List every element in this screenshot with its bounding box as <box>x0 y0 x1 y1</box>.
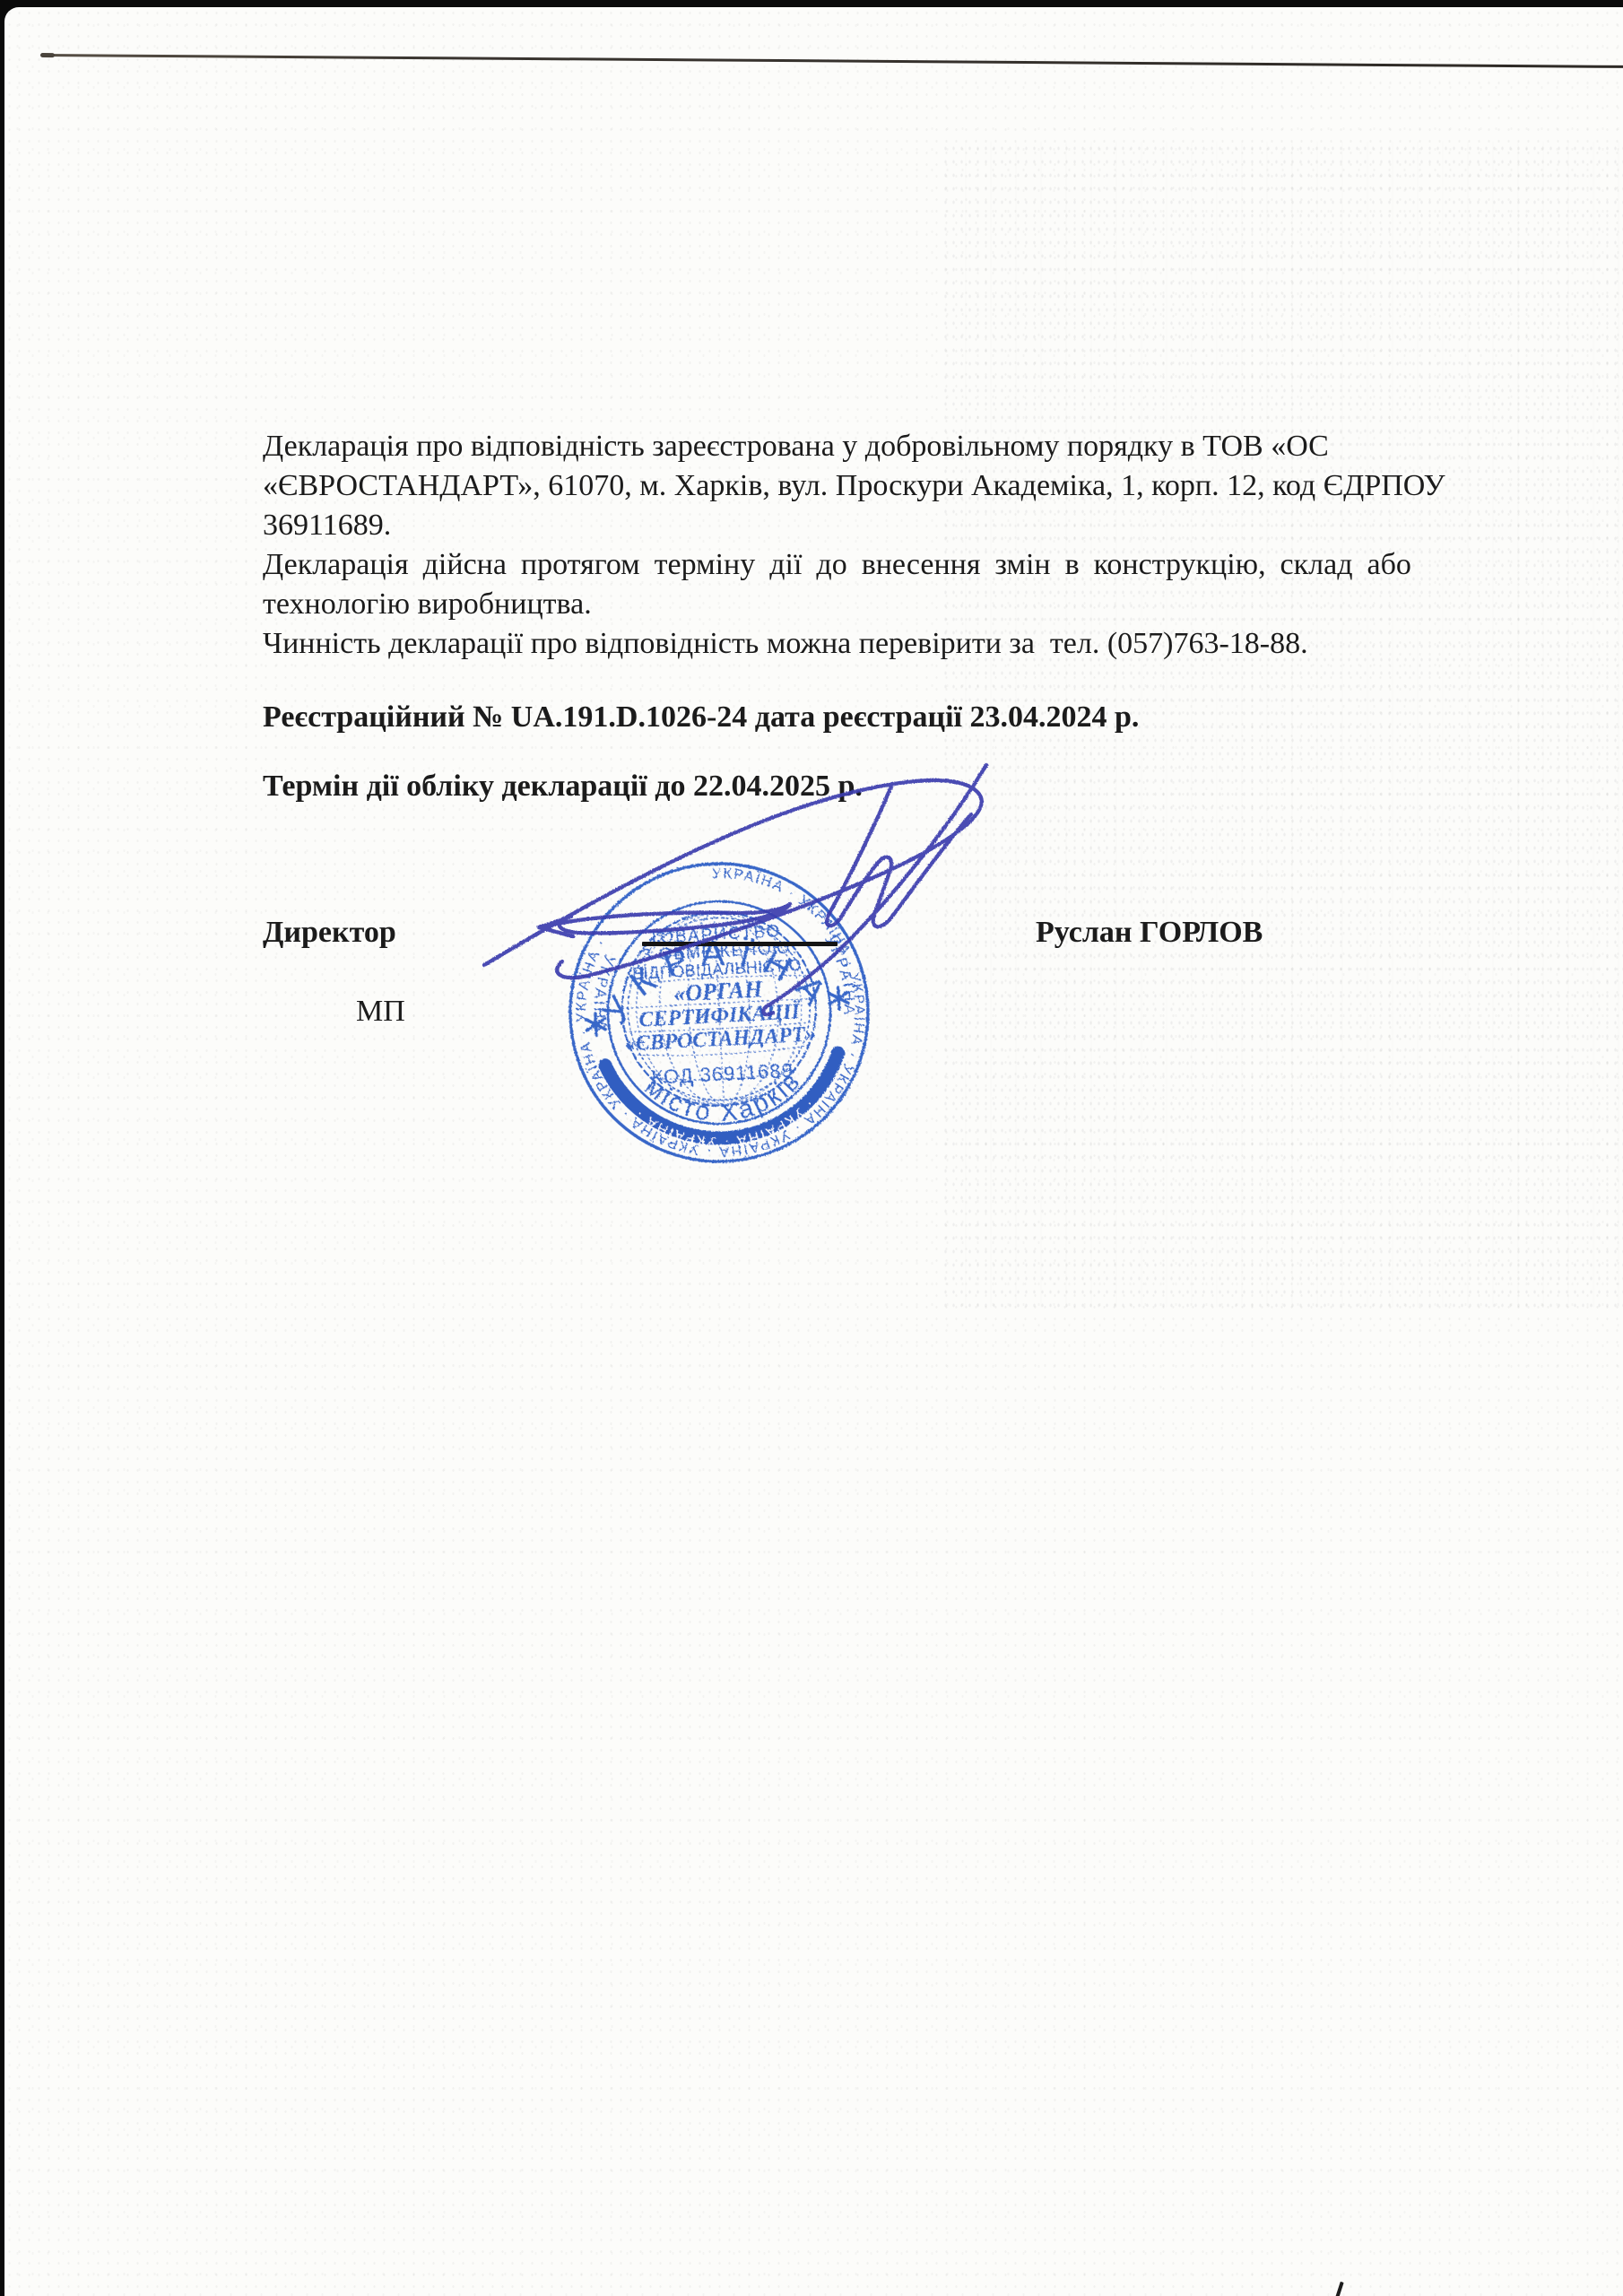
text-line: Декларація про відповідність зареєстрова… <box>263 427 1445 466</box>
paragraph-validity-terms: Декларація дійсна протягом терміну дії д… <box>263 545 1411 624</box>
text-line: Реєстраційний № UA.191.D.1026-24 дата ре… <box>263 698 1139 737</box>
signature-ink <box>453 743 1027 1048</box>
text-line: Чинність декларації про відповідність мо… <box>263 624 1308 664</box>
text-line: технологію виробництва. <box>263 585 1411 624</box>
paragraph-registration-info: Декларація про відповідність зареєстрова… <box>263 427 1445 545</box>
document-page: Декларація про відповідність зареєстрова… <box>4 7 1623 2296</box>
scanned-document: { "document": { "paragraph1_lines": [ "Д… <box>0 0 1623 2296</box>
signatory-title: Директор <box>263 913 396 952</box>
scan-speck <box>1335 2282 1343 2296</box>
signature-strokes <box>484 765 986 1014</box>
registration-number-line: Реєстраційний № UA.191.D.1026-24 дата ре… <box>263 698 1139 737</box>
text-line: 36911689. <box>263 506 1445 545</box>
signatory-name: Руслан ГОРЛОВ <box>1036 913 1263 952</box>
paragraph-verification-phone: Чинність декларації про відповідність мо… <box>263 624 1308 664</box>
seal-place-mark: МП <box>356 992 405 1031</box>
text-line: «ЄВРОСТАНДАРТ», 61070, м. Харків, вул. П… <box>263 466 1445 506</box>
scan-artifact-line <box>42 54 1623 68</box>
text-line: Декларація дійсна протягом терміну дії д… <box>263 545 1411 585</box>
